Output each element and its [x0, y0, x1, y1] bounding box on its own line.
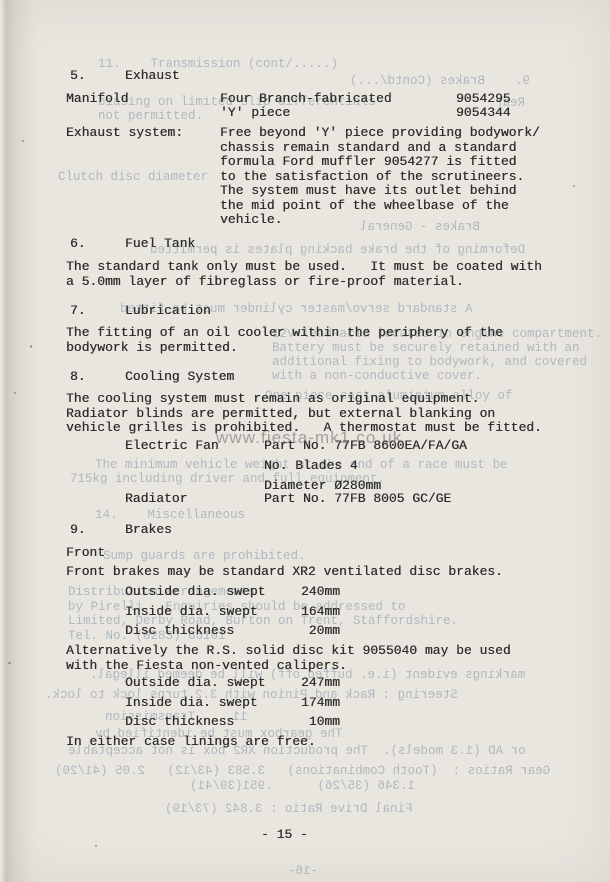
- section-title: Brakes: [125, 523, 172, 538]
- scan-speck: [8, 662, 11, 664]
- radiator-part: Part No. 77FB 8005 GC/GE: [264, 492, 451, 507]
- ghost-text: Sump guards are prohibited.: [103, 549, 306, 563]
- spec-value: 240mm: [283, 585, 340, 600]
- scan-speck: [30, 345, 32, 348]
- spec-value: 20mm: [283, 624, 340, 639]
- spec-value: 164mm: [283, 605, 340, 620]
- radiator-label: Radiator: [125, 492, 187, 507]
- ghost-text: 9. Brakes (Contd/...): [350, 74, 530, 88]
- ghost-text: Deforming of the brake backing plates is…: [150, 243, 525, 257]
- scan-speck: [573, 185, 575, 187]
- electric-fan-label: Electric Fan: [125, 439, 219, 454]
- ghost-text: -16-: [288, 864, 318, 878]
- spec-label: Outside dia. swept: [125, 676, 265, 691]
- spec-label: Inside dia. swept: [125, 605, 258, 620]
- page-number: - 15 -: [261, 828, 308, 843]
- scan-speck: [95, 845, 97, 847]
- section-title: Lubrication: [125, 304, 211, 319]
- fan-blades: No. Blades 4: [264, 459, 358, 474]
- exhaust-system-label: Exhaust system:: [66, 126, 183, 141]
- section-number: 6.: [70, 237, 86, 252]
- part-number: 9054344: [456, 106, 511, 121]
- spec-label: Outside dia. swept: [125, 585, 265, 600]
- spec-label: Inside dia. swept: [125, 696, 258, 711]
- paragraph: The fitting of an oil cooler within the …: [66, 326, 503, 355]
- ghost-text: 14. Miscellaneous: [95, 508, 245, 522]
- front-label: Front: [66, 546, 105, 561]
- scan-speck: [22, 140, 24, 142]
- scanned-document-page: 11. Transmission (cont/.....) 9. Brakes …: [0, 0, 610, 882]
- ghost-text: 1.346 (35/26) .951(39/41): [190, 779, 415, 793]
- section-number: 9.: [70, 523, 86, 538]
- spec-value: 10mm: [283, 715, 340, 730]
- paragraph: Alternatively the R.S. solid disc kit 90…: [66, 644, 511, 673]
- section-title: Exhaust: [125, 69, 180, 84]
- manifold-label: Manifold: [66, 92, 128, 107]
- ghost-text: Clutch disc diameter: [58, 170, 208, 184]
- spec-label: Disc thickness: [125, 624, 234, 639]
- spec-value: 174mm: [283, 696, 340, 711]
- spec-label: Disc thickness: [125, 715, 234, 730]
- paragraph: The standard tank only must be used. It …: [66, 260, 542, 289]
- section-number: 8.: [70, 370, 86, 385]
- paragraph: Front brakes may be standard XR2 ventila…: [66, 565, 503, 580]
- ghost-text: Final Drive Ratio : 3.842 (73/19): [165, 802, 413, 816]
- manifold-item: 'Y' piece: [220, 106, 290, 121]
- ghost-text: not permitted.: [98, 109, 203, 123]
- section-title: Cooling System: [125, 370, 234, 385]
- paragraph: In either case linings are free.: [66, 735, 316, 750]
- watermark: www.fiesta-mk1.co.uk: [216, 428, 402, 448]
- scan-speck: [14, 392, 16, 394]
- section-title: Fuel Tank: [125, 237, 195, 252]
- ghost-text: Gear Ratios : (Tooth Combinations) 3.583…: [55, 764, 550, 778]
- exhaust-system-text: Free beyond 'Y' piece providing bodywork…: [220, 126, 540, 228]
- ghost-text: additional fixing to bodywork, and cover…: [272, 355, 587, 369]
- ghost-text: with a non-conductive cover.: [272, 369, 482, 383]
- section-number: 7.: [70, 304, 86, 319]
- spec-value: 247mm: [283, 676, 340, 691]
- section-number: 5.: [70, 69, 86, 84]
